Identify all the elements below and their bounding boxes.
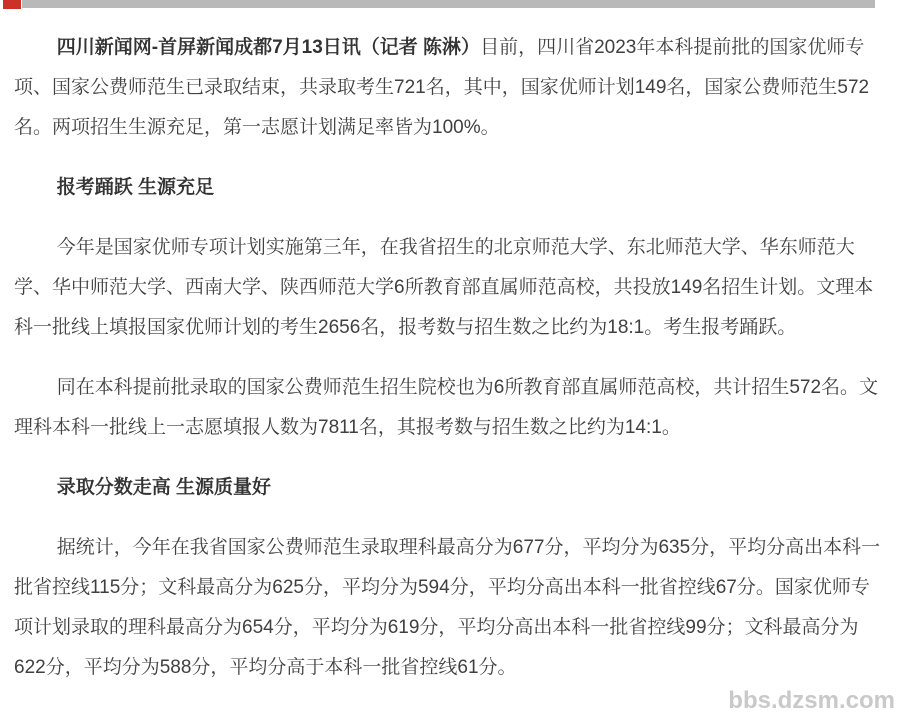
dateline-byline: 四川新闻网-首屏新闻成都7月13日讯（记者 陈淋） (57, 37, 480, 58)
site-watermark: bbs.dzsm.com (728, 687, 895, 715)
lead-paragraph: 四川新闻网-首屏新闻成都7月13日讯（记者 陈淋）目前，四川省2023年本科提前… (14, 28, 884, 148)
article-body: 四川新闻网-首屏新闻成都7月13日讯（记者 陈淋）目前，四川省2023年本科提前… (0, 0, 898, 708)
section-heading-enrollment: 报考踊跃 生源充足 (14, 168, 884, 208)
section-heading-scores: 录取分数走高 生源质量好 (14, 468, 884, 508)
body-paragraph-youshi-plan: 今年是国家优师专项计划实施第三年，在我省招生的北京师范大学、东北师范大学、华东师… (14, 228, 884, 348)
body-paragraph-statistics: 据统计，今年在我省国家公费师范生录取理科最高分为677分，平均分为635分，平均… (14, 528, 884, 688)
body-paragraph-gongfei-plan: 同在本科提前批录取的国家公费师范生招生院校也为6所教育部直属师范高校，共计招生5… (14, 368, 884, 448)
article-page: 四川新闻网-首屏新闻成都7月13日讯（记者 陈淋）目前，四川省2023年本科提前… (0, 0, 898, 717)
